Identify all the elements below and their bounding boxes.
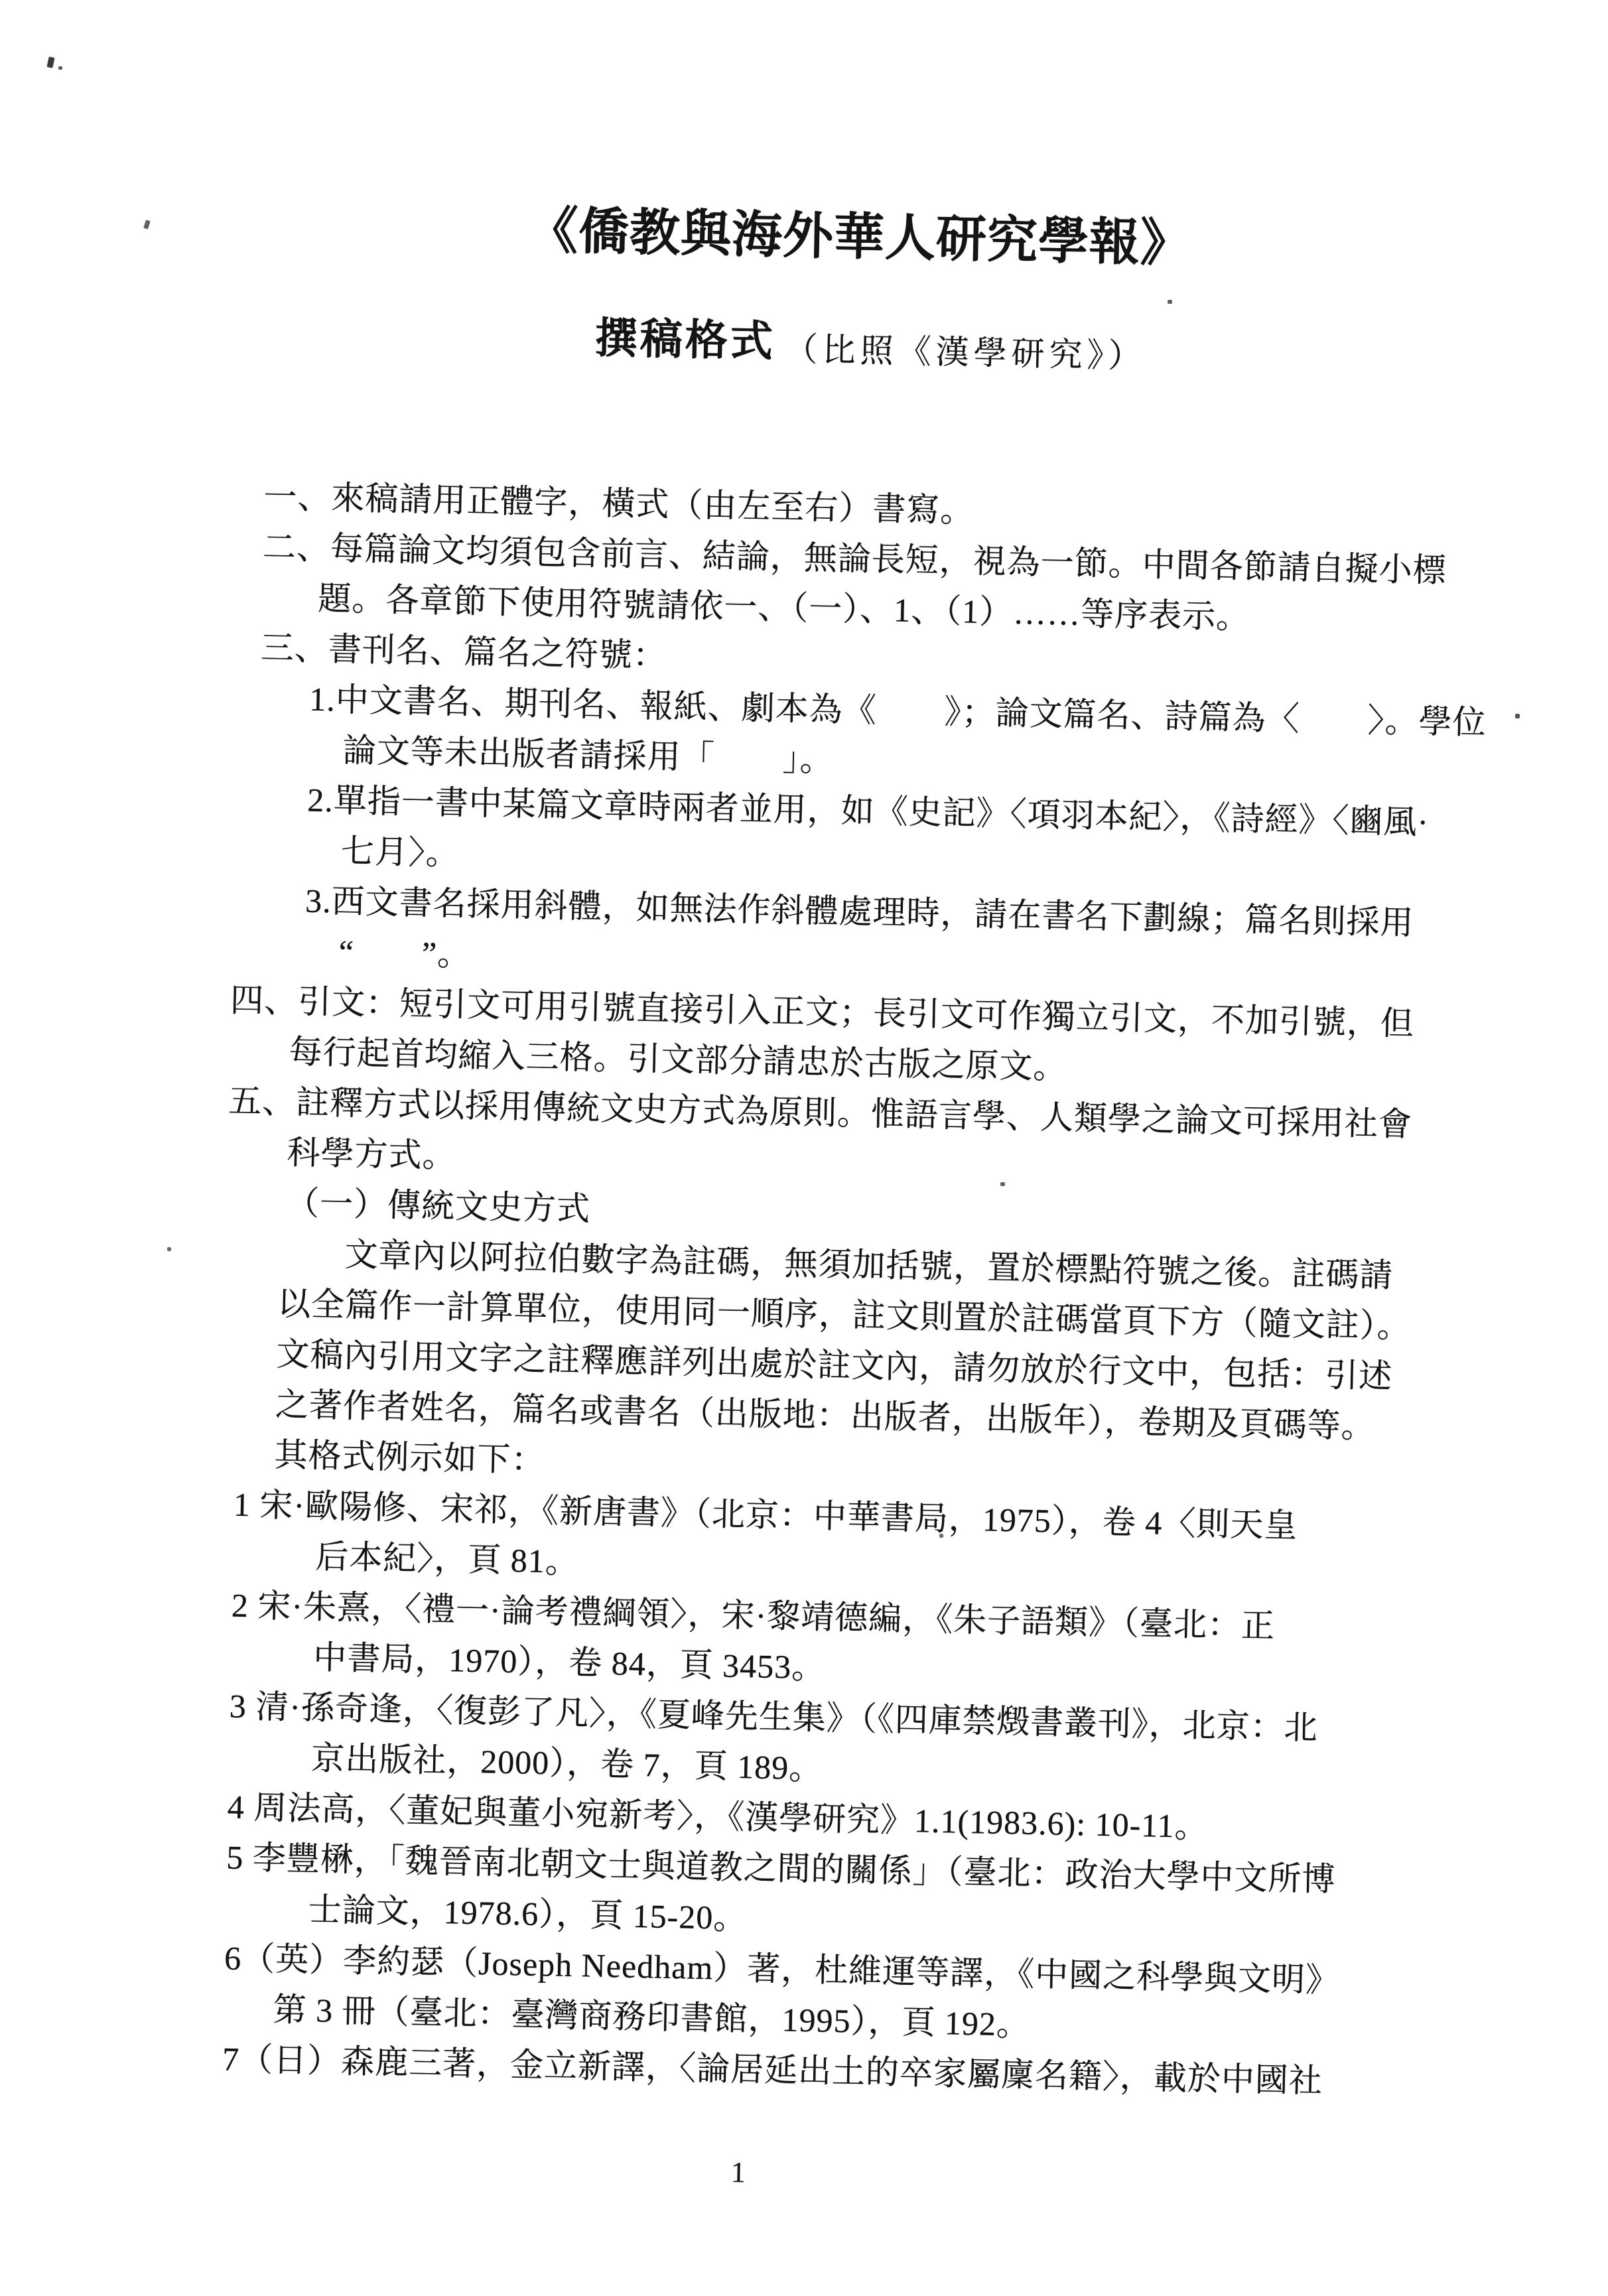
scanned-document-page: 《僑教與海外華人研究學報》 撰稿格式（比照《漢學研究》） 一、來稿請用正體字，橫…	[0, 0, 1608, 2296]
document-title: 《僑教與海外華人研究學報》	[192, 192, 1527, 284]
scan-speckle	[58, 66, 62, 70]
subtitle-note: （比照《漢學研究》）	[784, 330, 1146, 375]
document-body: 一、來稿請用正體字，橫式（由左至右）書寫。二、每篇論文均須包含前言、結論，無論長…	[195, 470, 1560, 2110]
scan-speckle	[167, 1247, 171, 1251]
scan-speckle	[143, 220, 151, 230]
document-subtitle: 撰稿格式（比照《漢學研究》）	[204, 296, 1538, 385]
document-content: 《僑教與海外華人研究學報》 撰稿格式（比照《漢學研究》） 一、來稿請用正體字，橫…	[194, 179, 1567, 2204]
scan-speckle	[46, 56, 54, 68]
page-number: 1	[730, 2157, 1527, 2204]
subtitle-main: 撰稿格式	[594, 314, 775, 365]
